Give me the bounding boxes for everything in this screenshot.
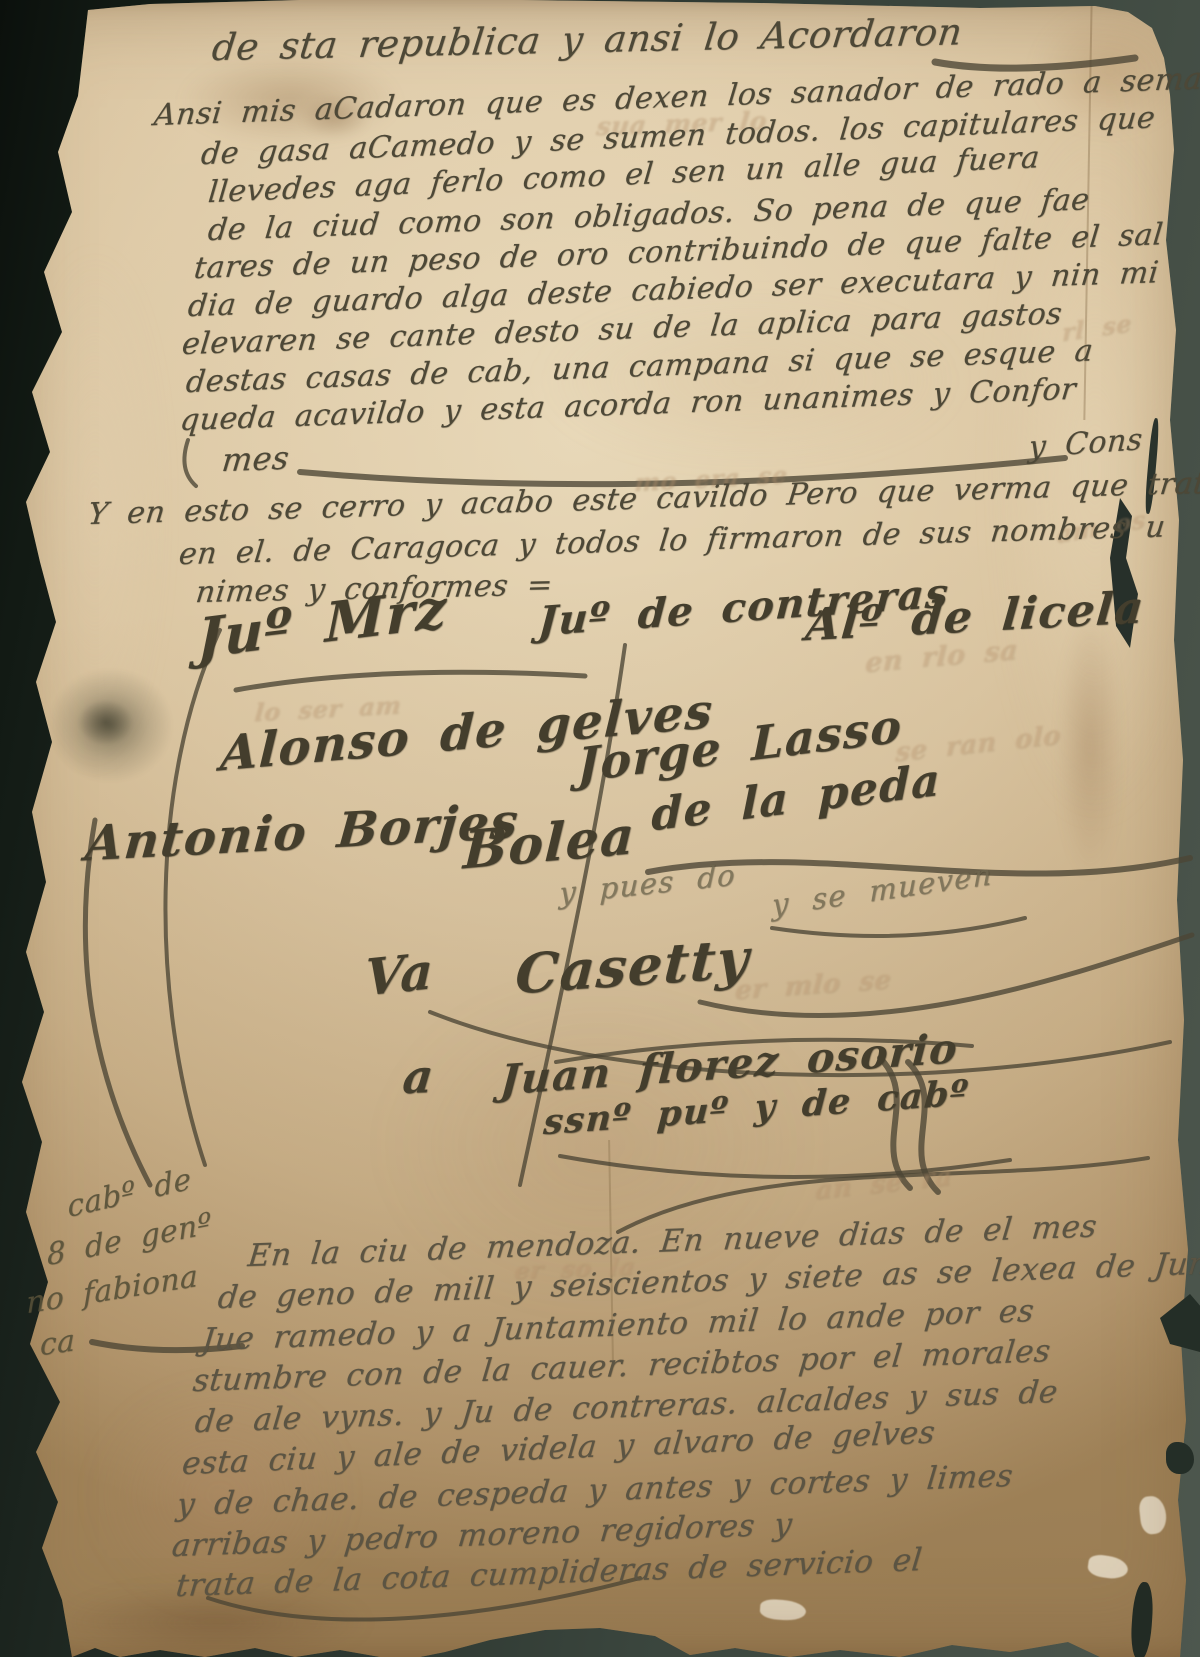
scanned-manuscript: sua mer lomo era selo ser amen rlo sase … <box>0 0 1200 1657</box>
margin-note: ca <box>40 1323 75 1363</box>
margin-note-layer: cabº de8 de genºno fabionaca <box>0 0 1200 1657</box>
